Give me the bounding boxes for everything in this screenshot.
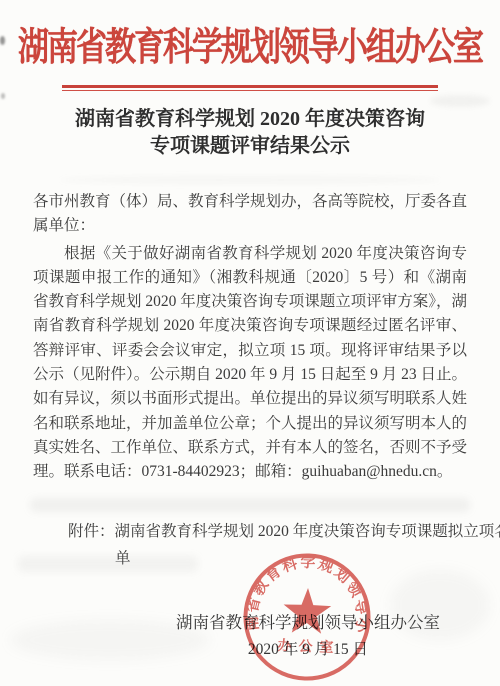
document-title-line1: 湖南省教育科学规划 2020 年度决策咨询 [75,108,425,130]
body-paragraph: 根据《关于做好湖南省教育科学规划 2020 年度决策咨询专项课题申报工作的通知》… [33,242,467,485]
scan-noise [30,498,470,512]
seal-star [283,587,332,634]
letterhead-org-name: 湖南省教育科学规划领导小组办公室 [0,15,500,80]
document-title-line2: 专项课题评审结果公示 [150,135,350,157]
salutation: 各市州教育（体）局、教育科学规划办，各高等院校，厅委各直属单位： [33,190,467,239]
letterhead-rule [62,85,438,91]
scan-noise [1,93,5,99]
attachment-label: 附件： [68,523,115,540]
letterhead-rule-thin [62,90,438,91]
document-page: 湖南省教育科学规划领导小组办公室 湖南省教育科学规划 2020 年度决策咨询 专… [0,0,500,686]
document-body: 各市州教育（体）局、教育科学规划办，各高等院校，厅委各直属单位： 根据《关于做好… [33,190,467,485]
official-seal: 湖南省教育科学规划领导小组 办公室 [239,549,376,686]
letterhead-rule-thick [62,85,438,88]
scan-noise [60,176,440,184]
seal-bottom-text: 办公室 [277,637,341,656]
document-title: 湖南省教育科学规划 2020 年度决策咨询 专项课题评审结果公示 [0,106,500,160]
